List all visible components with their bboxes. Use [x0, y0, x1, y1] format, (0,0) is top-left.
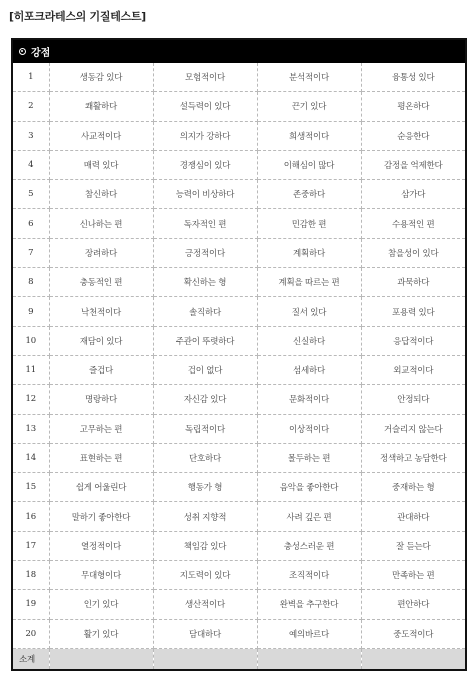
row-number: 3	[13, 121, 49, 150]
row-number: 10	[13, 326, 49, 355]
temperament-test-sheet: 강점 1생동감 있다모험적이다분석적이다융통성 있다2쾌활하다설득력이 있다끈기…	[11, 38, 467, 671]
trait-cell[interactable]: 독자적인 편	[153, 209, 257, 238]
table-row: 9낙천적이다솔직하다질서 있다포용력 있다	[13, 297, 465, 326]
subtotal-cell[interactable]	[49, 648, 153, 669]
trait-cell[interactable]: 중재하는 형	[361, 473, 465, 502]
trait-cell[interactable]: 희생적이다	[257, 121, 361, 150]
trait-cell[interactable]: 신나하는 편	[49, 209, 153, 238]
trait-cell[interactable]: 신실하다	[257, 326, 361, 355]
trait-cell[interactable]: 존중하다	[257, 180, 361, 209]
trait-cell[interactable]: 성취 지향적	[153, 502, 257, 531]
row-number: 14	[13, 443, 49, 472]
trait-cell[interactable]: 평온하다	[361, 92, 465, 121]
trait-cell[interactable]: 고무하는 편	[49, 414, 153, 443]
row-number: 8	[13, 268, 49, 297]
row-number: 17	[13, 531, 49, 560]
trait-cell[interactable]: 사려 깊은 편	[257, 502, 361, 531]
trait-cell[interactable]: 순응한다	[361, 121, 465, 150]
table-row: 4매력 있다경쟁심이 있다이해심이 많다감정을 억제한다	[13, 150, 465, 179]
trait-cell[interactable]: 편안하다	[361, 590, 465, 619]
trait-cell[interactable]: 설득력이 있다	[153, 92, 257, 121]
subtotal-label: 소계	[13, 648, 49, 669]
table-row: 16말하기 좋아한다성취 지향적사려 깊은 편관대하다	[13, 502, 465, 531]
trait-cell[interactable]: 재담이 있다	[49, 326, 153, 355]
table-row: 12명랑하다자신감 있다문화적이다안정되다	[13, 385, 465, 414]
trait-cell[interactable]: 낙천적이다	[49, 297, 153, 326]
trait-cell[interactable]: 확신하는 형	[153, 268, 257, 297]
trait-cell[interactable]: 활기 있다	[49, 619, 153, 648]
trait-cell[interactable]: 참을성이 있다	[361, 238, 465, 267]
trait-cell[interactable]: 솔직하다	[153, 297, 257, 326]
row-number: 13	[13, 414, 49, 443]
trait-cell[interactable]: 끈기 있다	[257, 92, 361, 121]
trait-cell[interactable]: 단호하다	[153, 443, 257, 472]
trait-cell[interactable]: 관대하다	[361, 502, 465, 531]
table-row: 14표현하는 편단호하다몰두하는 편정색하고 농담한다	[13, 443, 465, 472]
trait-cell[interactable]: 몰두하는 편	[257, 443, 361, 472]
trait-cell[interactable]: 담대하다	[153, 619, 257, 648]
trait-cell[interactable]: 문화적이다	[257, 385, 361, 414]
trait-cell[interactable]: 계획하다	[257, 238, 361, 267]
row-number: 9	[13, 297, 49, 326]
table-row: 6신나하는 편독자적인 편민감한 편수용적인 편	[13, 209, 465, 238]
trait-cell[interactable]: 만족하는 편	[361, 561, 465, 590]
table-row: 1생동감 있다모험적이다분석적이다융통성 있다	[13, 63, 465, 92]
trait-cell[interactable]: 응답적이다	[361, 326, 465, 355]
trait-cell[interactable]: 명랑하다	[49, 385, 153, 414]
trait-cell[interactable]: 삼가다	[361, 180, 465, 209]
trait-cell[interactable]: 의지가 강하다	[153, 121, 257, 150]
table-row: 2쾌활하다설득력이 있다끈기 있다평온하다	[13, 92, 465, 121]
trait-cell[interactable]: 외교적이다	[361, 355, 465, 384]
table-row: 5참신하다능력이 비상하다존중하다삼가다	[13, 180, 465, 209]
trait-cell[interactable]: 예의바르다	[257, 619, 361, 648]
trait-cell[interactable]: 조직적이다	[257, 561, 361, 590]
row-number: 4	[13, 150, 49, 179]
trait-cell[interactable]: 질서 있다	[257, 297, 361, 326]
trait-cell[interactable]: 자신감 있다	[153, 385, 257, 414]
section-title: 강점	[31, 44, 50, 59]
trait-cell[interactable]: 즐겁다	[49, 355, 153, 384]
trait-cell[interactable]: 열정적이다	[49, 531, 153, 560]
trait-cell[interactable]: 독립적이다	[153, 414, 257, 443]
trait-cell[interactable]: 무대형이다	[49, 561, 153, 590]
trait-cell[interactable]: 주관이 뚜렷하다	[153, 326, 257, 355]
table-row: 17열정적이다책임감 있다충성스러운 편잘 듣는다	[13, 531, 465, 560]
trait-cell[interactable]: 겁이 없다	[153, 355, 257, 384]
subtotal-row: 소계	[13, 648, 465, 669]
table-row: 19인기 있다생산적이다완벽을 추구한다편안하다	[13, 590, 465, 619]
trait-cell[interactable]: 완벽을 추구한다	[257, 590, 361, 619]
trait-cell[interactable]: 민감한 편	[257, 209, 361, 238]
trait-cell[interactable]: 포용력 있다	[361, 297, 465, 326]
row-number: 19	[13, 590, 49, 619]
trait-cell[interactable]: 참신하다	[49, 180, 153, 209]
trait-cell[interactable]: 장려하다	[49, 238, 153, 267]
trait-cell[interactable]: 음악을 좋아한다	[257, 473, 361, 502]
page-title: [히포크라테스의 기질테스트]	[9, 8, 146, 24]
table-row: 18무대형이다지도력이 있다조직적이다만족하는 편	[13, 561, 465, 590]
trait-cell[interactable]: 수용적인 편	[361, 209, 465, 238]
trait-cell[interactable]: 안정되다	[361, 385, 465, 414]
trait-cell[interactable]: 긍정적이다	[153, 238, 257, 267]
trait-cell[interactable]: 융통성 있다	[361, 63, 465, 92]
row-number: 18	[13, 561, 49, 590]
table-row: 20활기 있다담대하다예의바르다중도적이다	[13, 619, 465, 648]
row-number: 15	[13, 473, 49, 502]
trait-cell[interactable]: 계획을 따르는 편	[257, 268, 361, 297]
trait-cell[interactable]: 충동적인 편	[49, 268, 153, 297]
trait-cell[interactable]: 능력이 비상하다	[153, 180, 257, 209]
section-header-strengths: 강점	[13, 40, 465, 63]
trait-cell[interactable]: 거슬리지 않는다	[361, 414, 465, 443]
trait-cell[interactable]: 섬세하다	[257, 355, 361, 384]
trait-cell[interactable]: 행동가 형	[153, 473, 257, 502]
row-number: 2	[13, 92, 49, 121]
strengths-table: 1생동감 있다모험적이다분석적이다융통성 있다2쾌활하다설득력이 있다끈기 있다…	[13, 63, 465, 669]
trait-cell[interactable]: 생산적이다	[153, 590, 257, 619]
trait-cell[interactable]: 사교적이다	[49, 121, 153, 150]
table-row: 7장려하다긍정적이다계획하다참을성이 있다	[13, 238, 465, 267]
trait-cell[interactable]: 이상적이다	[257, 414, 361, 443]
table-row: 3사교적이다의지가 강하다희생적이다순응한다	[13, 121, 465, 150]
row-number: 11	[13, 355, 49, 384]
row-number: 7	[13, 238, 49, 267]
table-row: 10재담이 있다주관이 뚜렷하다신실하다응답적이다	[13, 326, 465, 355]
table-row: 8충동적인 편확신하는 형계획을 따르는 편과묵하다	[13, 268, 465, 297]
trait-cell[interactable]: 책임감 있다	[153, 531, 257, 560]
trait-cell[interactable]: 감정을 억제한다	[361, 150, 465, 179]
trait-cell[interactable]: 경쟁심이 있다	[153, 150, 257, 179]
trait-cell[interactable]: 표현하는 편	[49, 443, 153, 472]
trait-cell[interactable]: 모험적이다	[153, 63, 257, 92]
trait-cell[interactable]: 과묵하다	[361, 268, 465, 297]
trait-cell[interactable]: 생동감 있다	[49, 63, 153, 92]
trait-cell[interactable]: 매력 있다	[49, 150, 153, 179]
trait-cell[interactable]: 중도적이다	[361, 619, 465, 648]
trait-cell[interactable]: 분석적이다	[257, 63, 361, 92]
row-number: 5	[13, 180, 49, 209]
row-number: 12	[13, 385, 49, 414]
table-row: 11즐겁다겁이 없다섬세하다외교적이다	[13, 355, 465, 384]
trait-cell[interactable]: 잘 듣는다	[361, 531, 465, 560]
row-number: 6	[13, 209, 49, 238]
trait-cell[interactable]: 쾌활하다	[49, 92, 153, 121]
row-number: 1	[13, 63, 49, 92]
row-number: 16	[13, 502, 49, 531]
subtotal-cell[interactable]	[257, 648, 361, 669]
trait-cell[interactable]: 충성스러운 편	[257, 531, 361, 560]
subtotal-cell[interactable]	[361, 648, 465, 669]
subtotal-cell[interactable]	[153, 648, 257, 669]
trait-cell[interactable]: 인기 있다	[49, 590, 153, 619]
row-number: 20	[13, 619, 49, 648]
trait-cell[interactable]: 지도력이 있다	[153, 561, 257, 590]
table-row: 15쉽게 어울린다행동가 형음악을 좋아한다중재하는 형	[13, 473, 465, 502]
sun-icon	[19, 48, 26, 55]
table-row: 13고무하는 편독립적이다이상적이다거슬리지 않는다	[13, 414, 465, 443]
trait-cell[interactable]: 말하기 좋아한다	[49, 502, 153, 531]
trait-cell[interactable]: 정색하고 농담한다	[361, 443, 465, 472]
trait-cell[interactable]: 이해심이 많다	[257, 150, 361, 179]
trait-cell[interactable]: 쉽게 어울린다	[49, 473, 153, 502]
